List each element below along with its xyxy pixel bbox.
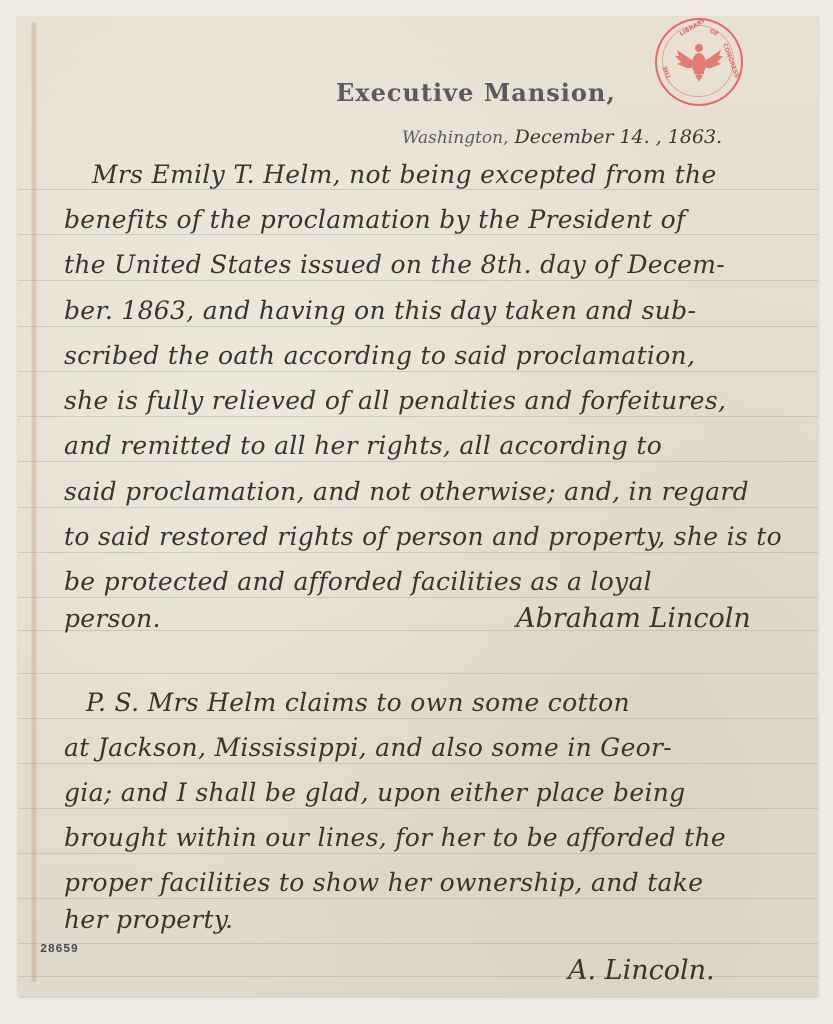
ruled-line: [18, 597, 818, 598]
dateline-date: December 14. , 1863.: [515, 126, 723, 148]
dateline-place: Washington,: [402, 128, 509, 148]
body-line: ber. 1863, and having on this day taken …: [64, 296, 696, 325]
body-line: said proclamation, and not otherwise; an…: [64, 477, 749, 506]
ruled-line: [18, 416, 818, 417]
ruled-line: [18, 371, 818, 372]
body-line: she is fully relieved of all penalties a…: [64, 386, 726, 415]
body-line: Mrs Emily T. Helm, not being excepted fr…: [92, 160, 717, 189]
ruled-line: [18, 808, 818, 809]
postscript-line: at Jackson, Mississippi, and also some i…: [64, 733, 672, 762]
ruled-line: [18, 718, 818, 719]
body-line: scribed the oath according to said procl…: [64, 341, 695, 370]
ruled-line: [18, 326, 818, 327]
postscript-line: P. S. Mrs Helm claims to own some cotton: [86, 688, 630, 717]
catalog-number: 28659: [40, 942, 79, 956]
postscript-line: gia; and I shall be glad, upon either pl…: [64, 778, 685, 807]
svg-text:OF: OF: [708, 28, 719, 39]
ruled-line: [18, 507, 818, 508]
body-line: the United States issued on the 8th. day…: [64, 250, 725, 279]
body-line: person.: [64, 604, 161, 633]
library-of-congress-stamp: LIBRARY OF CONGRESS THE: [655, 18, 743, 106]
ruled-line: [18, 763, 818, 764]
dateline: Washington, December 14. , 1863.: [402, 126, 722, 148]
svg-text:CONGRESS: CONGRESS: [721, 42, 740, 79]
svg-text:LIBRARY: LIBRARY: [679, 20, 708, 38]
signature-a-lincoln: A. Lincoln.: [568, 955, 715, 986]
edge-stain: [30, 22, 38, 982]
body-line: benefits of the proclamation by the Pres…: [64, 205, 686, 234]
body-line: and remitted to all her rights, all acco…: [64, 431, 662, 460]
postscript-line: proper facilities to show her ownership,…: [64, 868, 703, 897]
ruled-line: [18, 280, 818, 281]
ruled-line: [18, 552, 818, 553]
ruled-line: [18, 898, 818, 899]
ruled-line: [18, 461, 818, 462]
body-line: to said restored rights of person and pr…: [64, 522, 782, 551]
ruled-line: [18, 673, 818, 674]
signature-abraham-lincoln: Abraham Lincoln: [516, 603, 751, 634]
letterhead-title: Executive Mansion,: [336, 78, 616, 107]
body-line: be protected and afforded facilities as …: [64, 567, 652, 596]
svg-text:THE: THE: [662, 65, 673, 80]
ruled-line: [18, 943, 818, 944]
ruled-line: [18, 853, 818, 854]
ruled-line: [18, 234, 818, 235]
postscript-line: her property.: [64, 905, 233, 934]
postscript-line: brought within our lines, for her to be …: [64, 823, 726, 852]
eagle-icon: LIBRARY OF CONGRESS THE: [657, 20, 741, 104]
ruled-line: [18, 189, 818, 190]
